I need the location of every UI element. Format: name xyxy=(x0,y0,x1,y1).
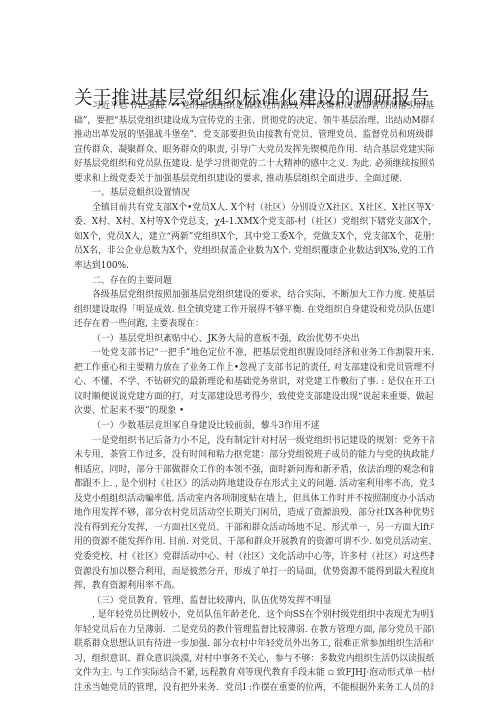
paragraph-line: 联系群众思想认识有待进一步加强. 部分农村中年轻党员外出务工, 很难正常参加组织… xyxy=(74,637,434,652)
paragraph-line: 宣传群众、凝聚群众、眼务群众的职责, 引导广大党员发挥先锲模范作用．结合基层党建… xyxy=(74,143,434,158)
paragraph-first-line: 习近平总书记强闾. ••党的基层组织是确保党的路线方针政策和决策部署贯彻落实的基 xyxy=(74,99,434,114)
paragraph-last-line: 还存在着一些问跑, 主要表现在： xyxy=(74,317,434,332)
paragraph-first-line: 全镇目前共有党支部X个•党员X人. X个村（社区）分别设立X社区、X社区、X社区… xyxy=(74,201,434,216)
paragraph-line: 党委党校、村《社区》党群活动中心、村（社区）文化活动中心等，许多村（社区）对这些… xyxy=(74,550,434,565)
paragraph-line: 议时顺便说说党建方面的打，对支部建设思考得少，致使党支部建设出现“说起来重要、做… xyxy=(74,390,434,405)
paragraph-line: 年轻党员后在力呈薄弱．二是党员的教什管理监督比较薄弱. 在教方管理方面, 部分党… xyxy=(74,623,434,638)
section-heading: 二、存在的主要问题 xyxy=(74,274,434,289)
paragraph-first-line: 各级基层党组织按照加强基层党组织建设的要求，结合实际，不断加大工作力度. 使基层… xyxy=(74,288,434,303)
paragraph-last-line: 率达到100%. xyxy=(74,259,434,274)
paragraph-last-line: 要求和上级党委关于加强基层党组织建设的要求, 推动基层组织全面进步、全面过硬. xyxy=(74,172,434,187)
paragraph-first-line: , 是年轻党员比例较小，党员队伍年龄老化．这个向SS在个别村级党组织中表现尤为明… xyxy=(74,608,434,623)
paragraph-line: 资源没有加以整合利用，而是彼然分开，形成了单打一的局面，优势资源不能得到最大程度… xyxy=(74,565,434,580)
paragraph-line: 员X名，非公企业总数为X个，党组织叔盖企业数为X个. 党组织覆康企业数达到X%,… xyxy=(74,244,434,259)
paragraph-line: 未专用，茶管工作过多，没有时间和粘力抠党建：部分党组锐班子成员的能力与党的执政能… xyxy=(74,448,434,463)
subsection-heading: （一）基层党坦织紊贴中心、JK务大局的意板不强，政治优势不央出 xyxy=(74,332,434,347)
paragraph-line: 相适应，同时，部分干部做群众工作的本领不强，面时新问海和新矛盾，依法治理的观念和… xyxy=(74,463,434,478)
paragraph-line: 用的资源不能发挥作用. 目前. 对党员、干部和群众开展教育的资源可谓不少. 如党… xyxy=(74,535,434,550)
paragraph-first-line: 一处党支部书记“一把手”地色定位不准，把基层党组织腥设同经济和业务工作割裂开来. xyxy=(74,346,434,361)
paragraph-line: 础”，要把“基层党组织建设成为宣传党的主张、贯彻党的决定、领牛基层治理、出结动M… xyxy=(74,114,434,129)
document-page: 关于推进基层党组织标准化建设的调研报告 习近平总书记强闾. ••党的基层组织是确… xyxy=(0,0,500,707)
paragraph-line: 好基层党组织和党员队伍建设. 是学习贯彻党的二十大精神的感中之义. 为此. 必须… xyxy=(74,157,434,172)
paragraph-line: 都跟不上. , 是个别村《社区》的活动阵地建设存在形式主义的问题. 活动室利用率… xyxy=(74,477,434,492)
paragraph-line: 习，组织意识、群众意识淡漠, 对村中事务不关心，参与不够：多数党内组织生活仍以读… xyxy=(74,652,434,667)
paragraph-line: 没有得到充分发挥，一方面社区党员、干部和群众活动场地不足、形式单一，另一方面大l… xyxy=(74,521,434,536)
paragraph-line: 心、不懂、不学、不钻研究的最新理论和基础党务常识，对党建工作敷衍了事. : 是仅… xyxy=(74,375,434,390)
paragraph-last-line: 挥，教育资源利用率不高。 xyxy=(74,579,434,594)
paragraph-first-line: 一是党组织书记后备力小不足，没有制定针对村居一级党组织书记建设的规划：党务干部 xyxy=(74,434,434,449)
paragraph-last-line: 次要、忙起来不要”的现象 • xyxy=(74,404,434,419)
subsection-heading: （一）少数基层竞坦冢自身建设比较前弱，藜斗3作用不逑 xyxy=(74,419,434,434)
paragraph-line: 注丞当她党员的管理，没有把外来务．党员I :作摆在重要的位两，不能根据外来务工人… xyxy=(74,681,434,696)
paragraph-line: 委、X村、X村、X村等X个党总支，χ4-1.XMX个党支部-村（社区）党组织下辖… xyxy=(74,215,434,230)
document-body: 习近平总书记强闾. ••党的基层组织是确保党的路线方针政策和决策部署贯彻落实的基… xyxy=(74,99,434,695)
paragraph-line: 文件为主. 与工作实际结合不紧, 远程教育刈等现代教育手段未能 ▫ 致FJHJ·… xyxy=(74,666,434,681)
paragraph-line: 组织建设取得「明显成效. 但全镇党建工作开展得不够平衡. 在党组织自身建设和党员… xyxy=(74,303,434,318)
paragraph-line: 及党小组组织活动蝙率低. 活动室内各项制度贴在墙上，但具体工作时并不按照制度办小… xyxy=(74,492,434,507)
paragraph-line: 如X个，党员X人，建立“两新”党组织X个，其中党工委X个，党做支X个，党支部X个… xyxy=(74,230,434,245)
paragraph-line: 推动出革发展的坚强战斗堡垒”．党支部要担负由接教有党员、管理党员、监督党员和班级… xyxy=(74,128,434,143)
subsection-heading: （三）党员教育、管理、监督比较薄内，队伍优势发挥不明显 xyxy=(74,594,434,609)
paragraph-line: 把工作重心和主要精力放在了业务工作上•忽视了支部书记的责任, 对支部建设和党员管… xyxy=(74,361,434,376)
paragraph-line: 地作用发挥不够，部分农村党员活动空长期关门闲员，造成了资源浪殁．部分社IX各种优… xyxy=(74,506,434,521)
section-heading: 一、基层竞蛆织设置情况 xyxy=(74,186,434,201)
